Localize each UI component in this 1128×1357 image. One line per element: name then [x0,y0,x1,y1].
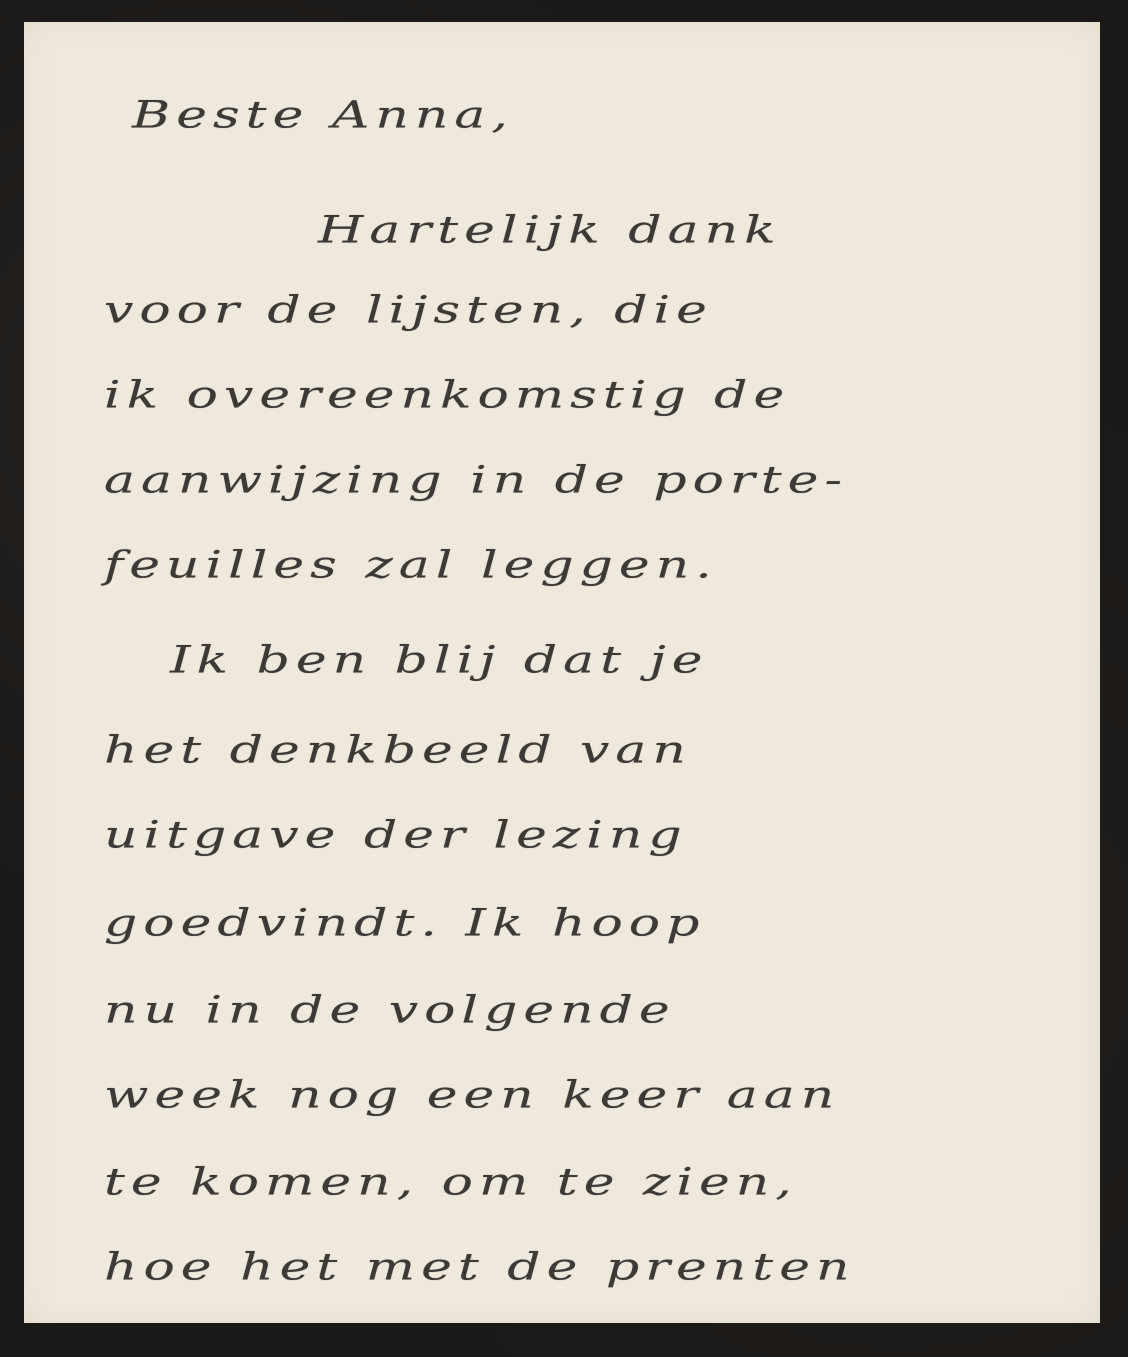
letter-line: uitgave der lezing [104,817,688,854]
letter-line: hoe het met de prenten [104,1249,855,1286]
letter-line: week nog een keer aan [104,1077,840,1114]
salutation: Beste Anna, [132,97,514,134]
letter-sheet: Beste Anna, Hartelijk dank voor de lijst… [24,22,1100,1323]
letter-line: feuilles zal leggen. [104,547,718,584]
letter-line: aanwijzing in de porte- [104,462,848,499]
letter-line: nu in de volgende [104,992,676,1029]
letter-line: het denkbeeld van [104,732,692,769]
letter-line: te komen, om te zien, [104,1164,798,1201]
letter-line: Ik ben blij dat je [170,642,708,679]
letter-line: goedvindt. Ik hoop [104,905,705,942]
letter-line: Hartelijk dank [318,212,782,249]
letter-line: voor de lijsten, die [104,292,713,329]
letter-line: ik overeenkomstig de [104,377,790,414]
